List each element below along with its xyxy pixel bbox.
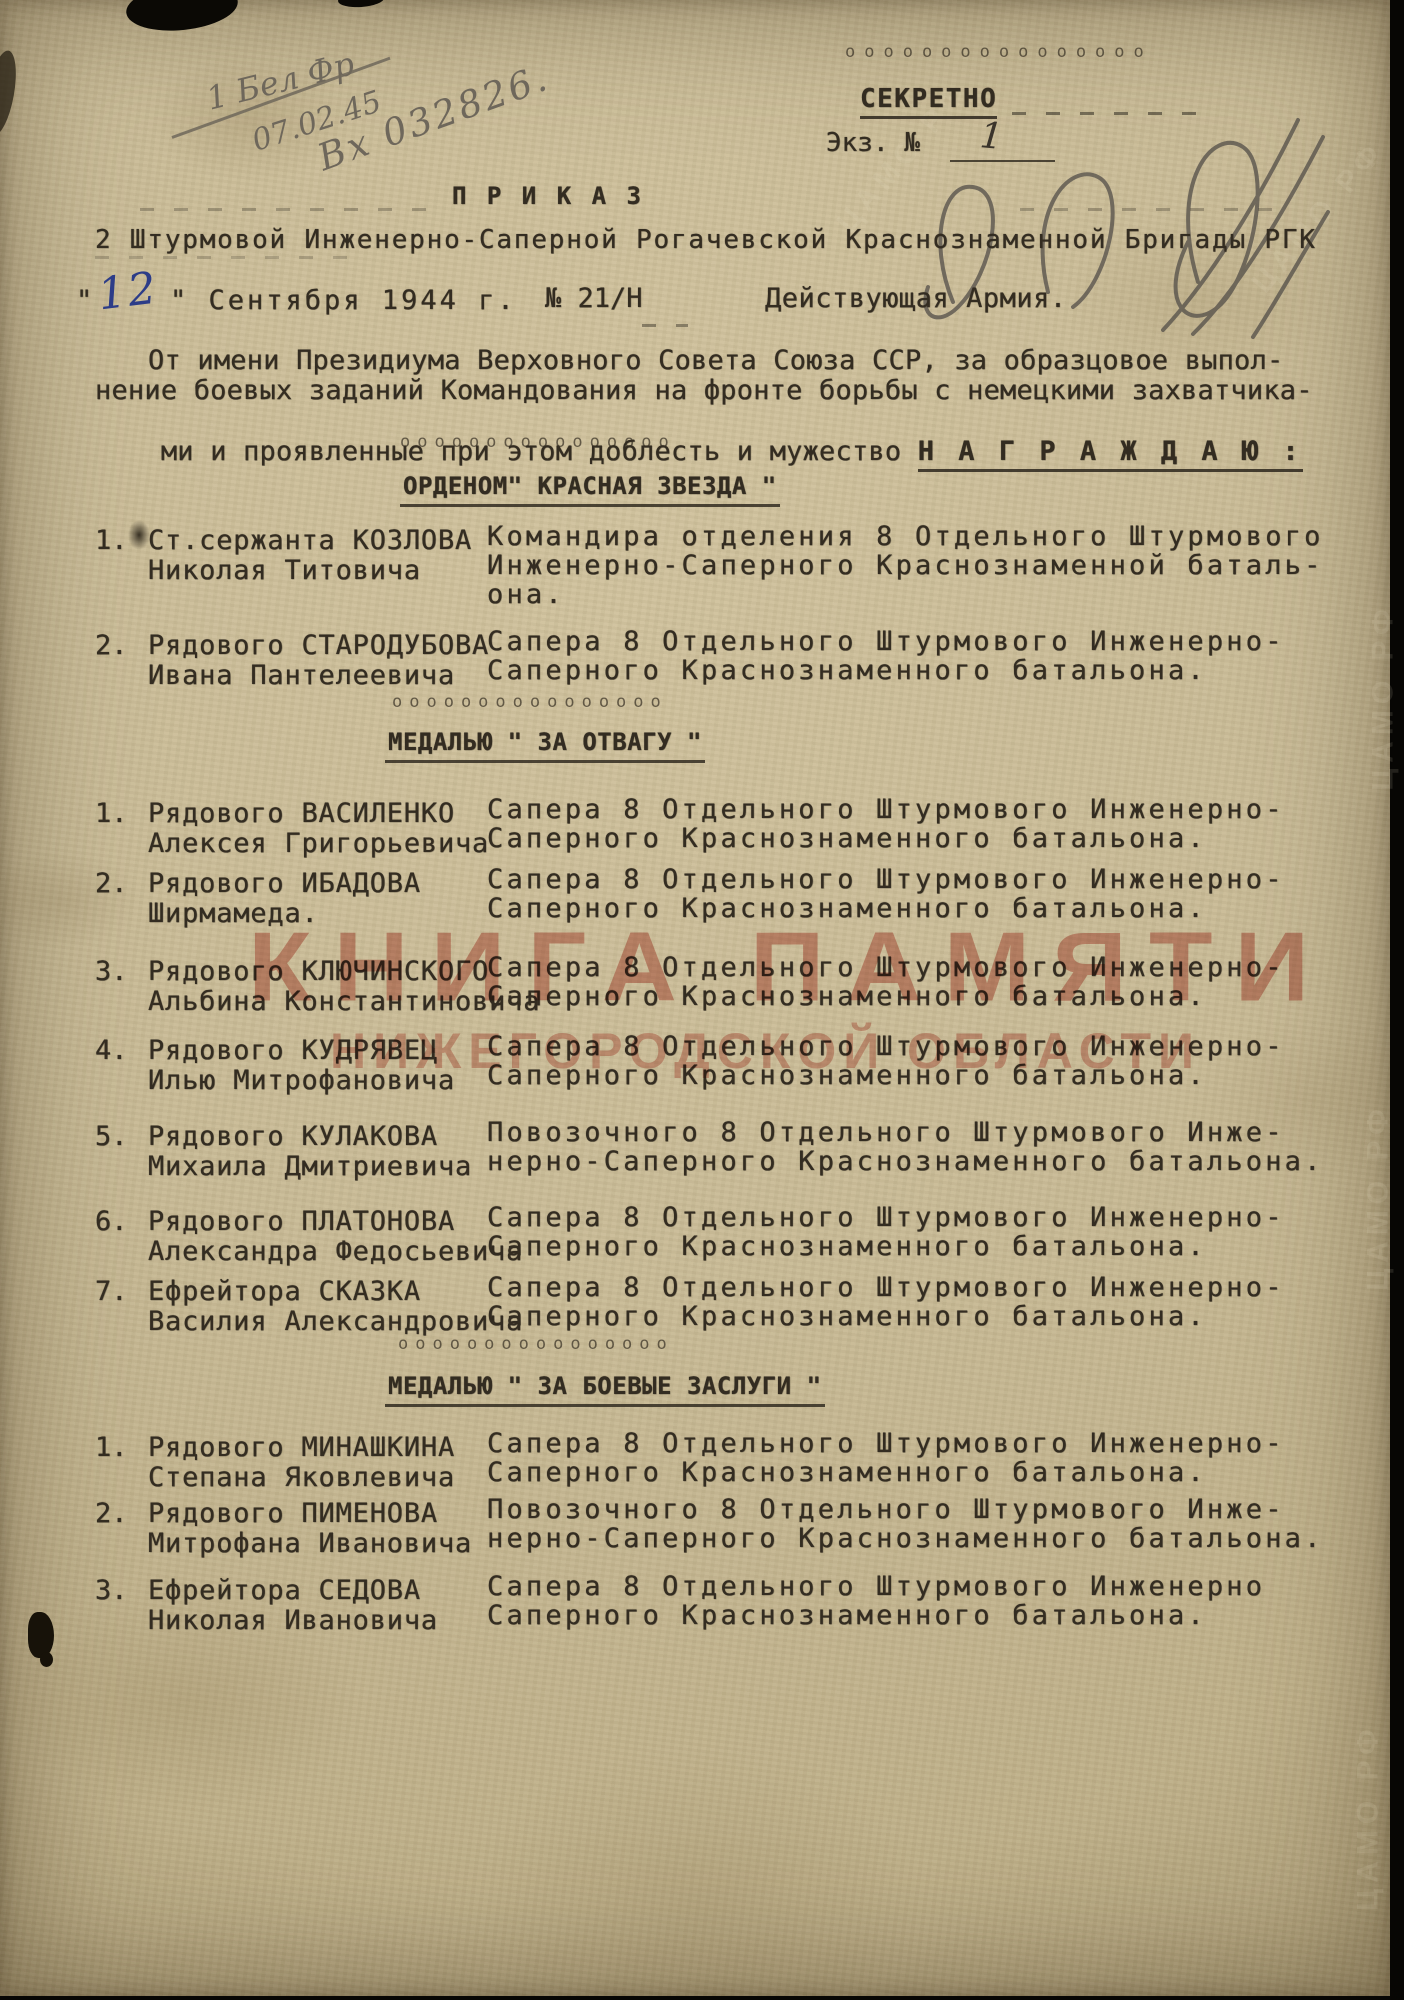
order-title: П Р И К А З bbox=[452, 182, 644, 210]
entry-role-line1: Повозочного 8 Отдельного Штурмового Инже… bbox=[487, 1117, 1285, 1148]
entry-number: 1. bbox=[95, 798, 128, 829]
entry-given-patronymic: Николая Титовича bbox=[148, 555, 421, 586]
date-line: " Сентября 1944 г. bbox=[170, 285, 517, 316]
entry-number: 7. bbox=[95, 1276, 128, 1307]
entry-role-line2: Саперного Краснознаменного батальона. bbox=[487, 1231, 1207, 1262]
section-heading-for-courage: МЕДАЛЬЮ " ЗА ОТВАГУ " bbox=[385, 728, 705, 763]
entry-given-patronymic: Степана Яковлевича bbox=[148, 1462, 455, 1493]
preamble-line-2: нение боевых заданий Командования на фро… bbox=[95, 375, 1313, 406]
entry-role-line1: Сапера 8 Отдельного Штурмового Инженерно… bbox=[487, 1428, 1285, 1459]
entry-role-line2: нерно-Саперного Краснознаменного батальо… bbox=[487, 1146, 1324, 1177]
preamble-line-1: От имени Президиума Верховного Совета Со… bbox=[148, 345, 1283, 376]
typed-squiggle-separator: oooooooooooooooo bbox=[392, 692, 668, 712]
entry-role-line1: Сапера 8 Отдельного Штурмового Инженерно… bbox=[487, 864, 1285, 895]
entry-rank-surname: Рядового ИБАДОВА bbox=[148, 868, 421, 899]
entry-rank-surname: Рядового ПИМЕНОВА bbox=[148, 1498, 438, 1529]
entry-rank-surname: Рядового СТАРОДУБОВА bbox=[148, 630, 489, 661]
typed-squiggle-separator: oooooooooooooooo bbox=[845, 42, 1153, 62]
entry-given-patronymic: Михаила Дмитриевича bbox=[148, 1151, 472, 1182]
issuing-unit-line: 2 Штурмовой Инженерно-Саперной Рогачевск… bbox=[95, 225, 1317, 255]
memorial-book-watermark-line1: КНИГА ПАМЯТИ bbox=[248, 911, 1331, 1024]
entry-given-patronymic: Николая Ивановича bbox=[148, 1605, 438, 1636]
entry-rank-surname: Ефрейтора СКАЗКА bbox=[148, 1276, 421, 1307]
entry-role-line1: Повозочного 8 Отдельного Штурмового Инже… bbox=[487, 1494, 1285, 1525]
entry-number: 1. bbox=[95, 525, 128, 556]
entry-role-line2: Саперного Краснознаменного батальона. bbox=[487, 1301, 1207, 1332]
ink-smudge bbox=[128, 520, 150, 550]
archive-watermark: ЦАМО РФ bbox=[1367, 603, 1401, 790]
entry-role-line2: Саперного Краснознаменного батальона. bbox=[487, 1600, 1207, 1631]
archive-watermark: ЦАМО РФ bbox=[1352, 1723, 1386, 1910]
typed-squiggle-separator: oooooooooooooooo bbox=[398, 1334, 674, 1354]
entry-rank-surname: Рядового МИНАШКИНА bbox=[148, 1432, 455, 1463]
entry-rank-surname: Рядового КУЛАКОВА bbox=[148, 1121, 438, 1152]
entry-role-line2: Инженерно-Саперного Краснознаменной бата… bbox=[487, 550, 1324, 581]
entry-given-patronymic: Алексея Григорьевича bbox=[148, 828, 489, 859]
typed-dashes bbox=[1020, 208, 1290, 211]
entry-number: 5. bbox=[95, 1121, 128, 1152]
entry-number: 3. bbox=[95, 956, 128, 987]
entry-role-line3: она. bbox=[487, 579, 565, 610]
typed-dashes bbox=[95, 256, 355, 259]
entry-role-line1: Сапера 8 Отдельного Штурмового Инженерно… bbox=[487, 794, 1285, 825]
ink-blot bbox=[28, 1612, 54, 1658]
army-in-the-field-label: Действующая Армия. bbox=[765, 283, 1067, 314]
entry-number: 2. bbox=[95, 1498, 128, 1529]
section-heading-red-star: ОРДЕНОМ" КРАСНАЯ ЗВЕЗДА " bbox=[400, 472, 780, 507]
archive-watermark: ЦАМО РФ bbox=[1362, 1103, 1396, 1290]
order-number: № 21/Н bbox=[545, 283, 643, 314]
entry-number: 1. bbox=[95, 1432, 128, 1463]
entry-role-line2: нерно-Саперного Краснознаменного батальо… bbox=[487, 1523, 1324, 1554]
entry-role-line2: Саперного Краснознаменного батальона. bbox=[487, 655, 1207, 686]
entry-role-line1: Командира отделения 8 Отдельного Штурмов… bbox=[487, 521, 1324, 552]
typed-dashes bbox=[642, 324, 688, 327]
entry-number: 6. bbox=[95, 1206, 128, 1237]
entry-rank-surname: Ефрейтора СЕДОВА bbox=[148, 1575, 421, 1606]
entry-role-line2: Саперного Краснознаменного батальона. bbox=[487, 823, 1207, 854]
entry-role-line1: Сапера 8 Отдельного Штурмового Инженерно… bbox=[487, 626, 1285, 657]
award-verb-emphasis: Н А Г Р А Ж Д А Ю : bbox=[918, 436, 1303, 472]
ink-blot bbox=[40, 1652, 53, 1667]
entry-given-patronymic: Ивана Пантелеевича bbox=[148, 660, 455, 691]
typed-squiggle-separator: oooooooooooooooo bbox=[400, 432, 676, 452]
entry-role-line1: Сапера 8 Отдельного Штурмового Инженерно… bbox=[487, 1272, 1285, 1303]
entry-number: 3. bbox=[95, 1575, 128, 1606]
entry-rank-surname: Рядового ПЛАТОНОВА bbox=[148, 1206, 455, 1237]
entry-number: 4. bbox=[95, 1035, 128, 1066]
entry-role-line1: Сапера 8 Отдельного Штурмового Инженерно bbox=[487, 1571, 1265, 1602]
entry-rank-surname: Рядового ВАСИЛЕНКО bbox=[148, 798, 455, 829]
handwritten-date-day: 12 bbox=[95, 263, 161, 321]
date-open-quote: " bbox=[76, 285, 92, 316]
entry-number: 2. bbox=[95, 630, 128, 661]
scanned-order-page: ЦАМО РФ ЦАМО РФ ЦАМО РФ ЦАМО РФ ЦАМО РФ … bbox=[0, 0, 1404, 2000]
section-heading-battle-merit: МЕДАЛЬЮ " ЗА БОЕВЫЕ ЗАСЛУГИ " bbox=[385, 1372, 825, 1407]
entry-role-line2: Саперного Краснознаменного батальона. bbox=[487, 1457, 1207, 1488]
entry-given-patronymic: Митрофана Ивановича bbox=[148, 1528, 472, 1559]
entry-role-line1: Сапера 8 Отдельного Штурмового Инженерно… bbox=[487, 1202, 1285, 1233]
entry-number: 2. bbox=[95, 868, 128, 899]
entry-given-patronymic: Александра Федосьевича bbox=[148, 1236, 523, 1267]
memorial-book-watermark-line2: НИЖЕГОРОДСКОЙ ОБЛАСТИ bbox=[330, 1022, 1201, 1080]
entry-given-patronymic: Василия Александровича bbox=[148, 1306, 523, 1337]
typed-dashes bbox=[140, 208, 440, 211]
entry-rank-surname: Ст.сержанта КОЗЛОВА bbox=[148, 525, 472, 556]
